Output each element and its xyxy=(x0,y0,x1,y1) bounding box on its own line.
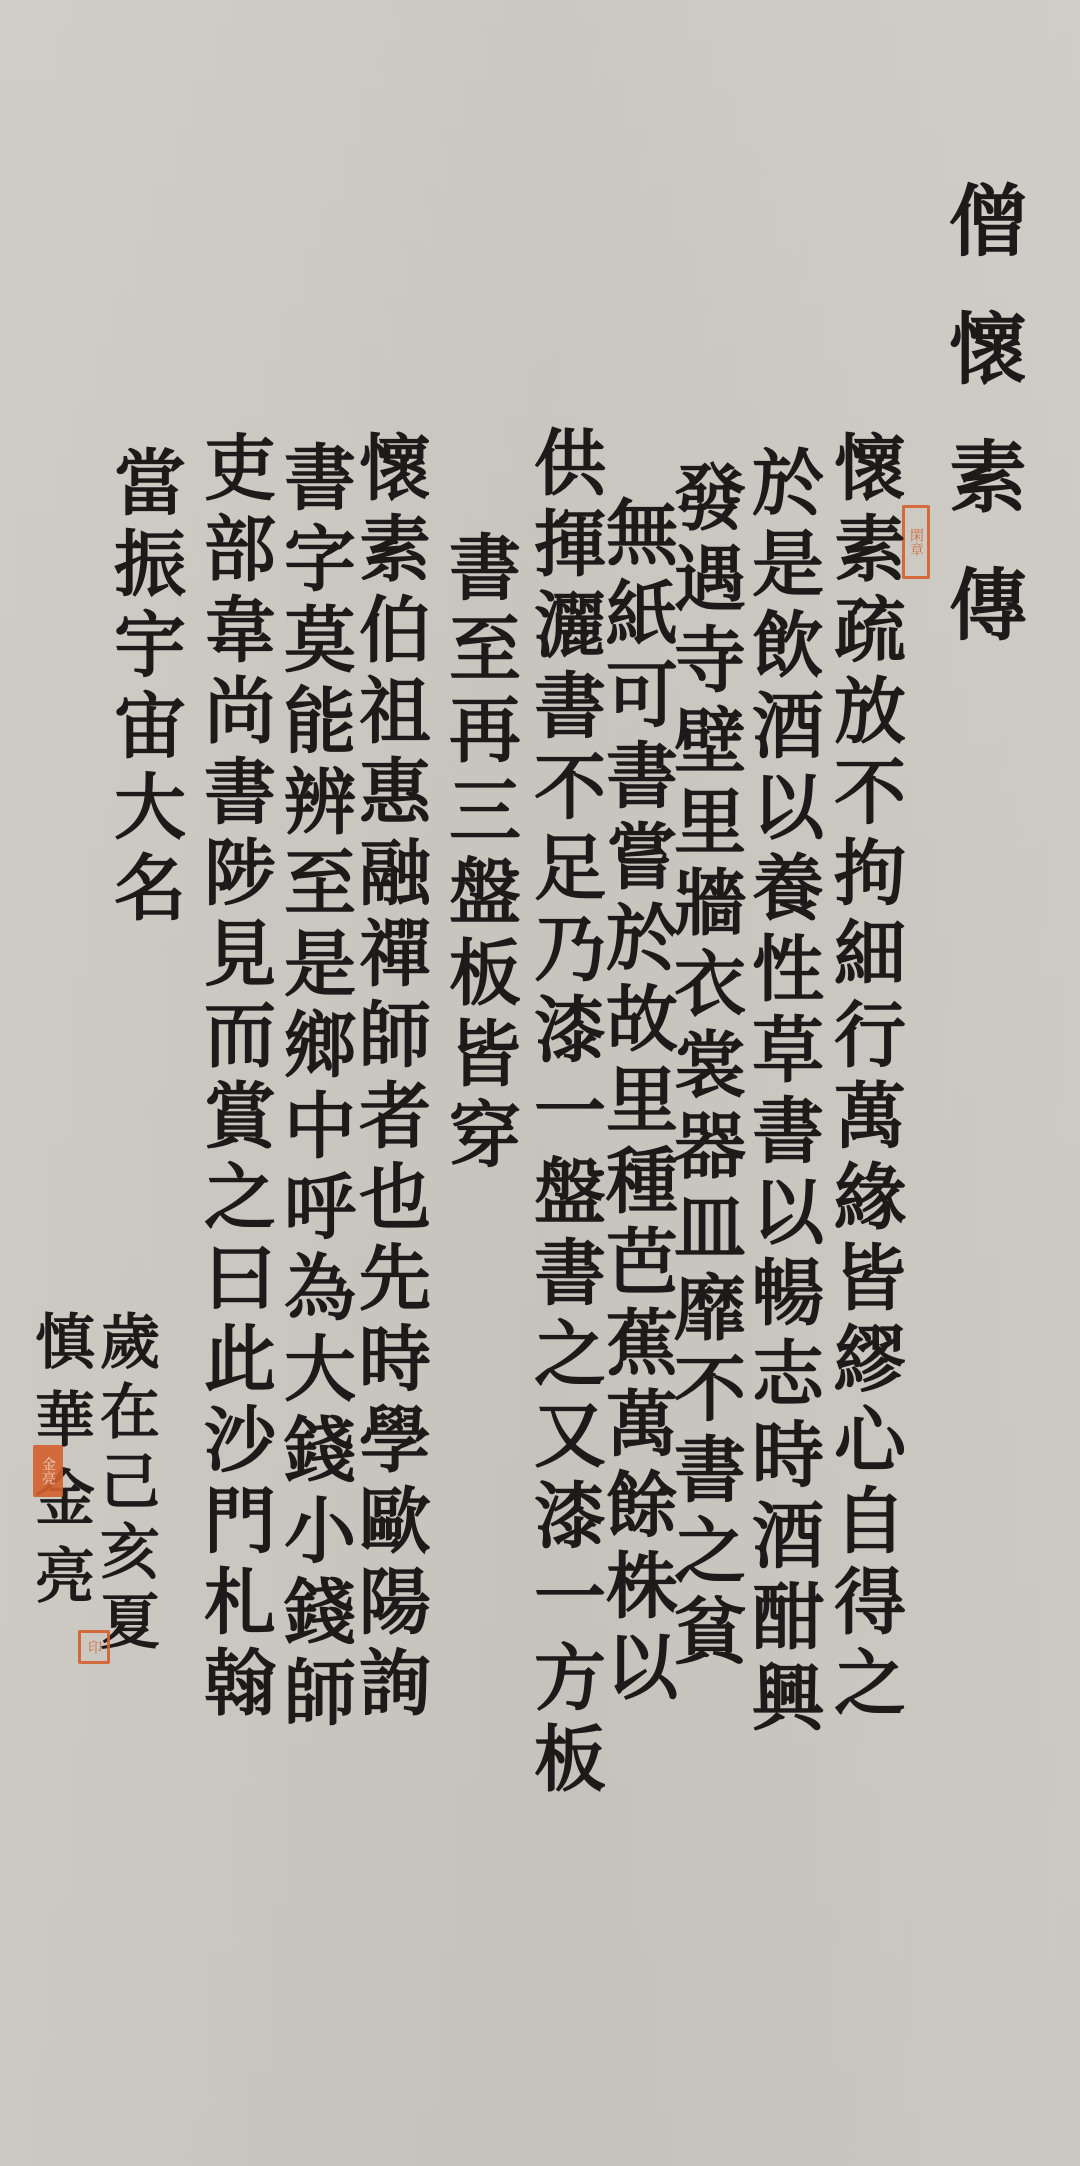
seal-signature-left: 金亮 xyxy=(33,1445,63,1497)
text-column-6: 書至再三盤板皆穿 xyxy=(443,530,515,1178)
text-column-4: 無紙可書嘗於故里種芭蕉萬餘株以 xyxy=(600,495,672,1710)
text-column-9: 吏部韋尚書陟見而賞之曰此沙門札翰 xyxy=(198,430,270,1726)
inscription-date: 歲在己亥夏 xyxy=(95,1310,155,1660)
text-column-2: 於是飲酒以養性草書以暢志時酒酣興 xyxy=(746,445,818,1741)
text-column-8: 書字莫能辨至是鄉中呼為大錢小錢師 xyxy=(278,440,350,1736)
text-column-5: 供揮灑書不足乃漆一盤書之又漆一方板 xyxy=(528,425,600,1802)
text-column-10: 當振宇宙大名 xyxy=(108,445,180,931)
scroll-title: 僧懷素傳 xyxy=(942,180,1020,740)
seal-signature-bottom: 印 xyxy=(78,1630,110,1664)
text-column-7: 懷素伯祖惠融禪師者也先時學歐陽詢 xyxy=(353,430,425,1726)
text-column-1: 懷素疏放不拘細行萬緣皆繆心自得之 xyxy=(828,430,900,1726)
